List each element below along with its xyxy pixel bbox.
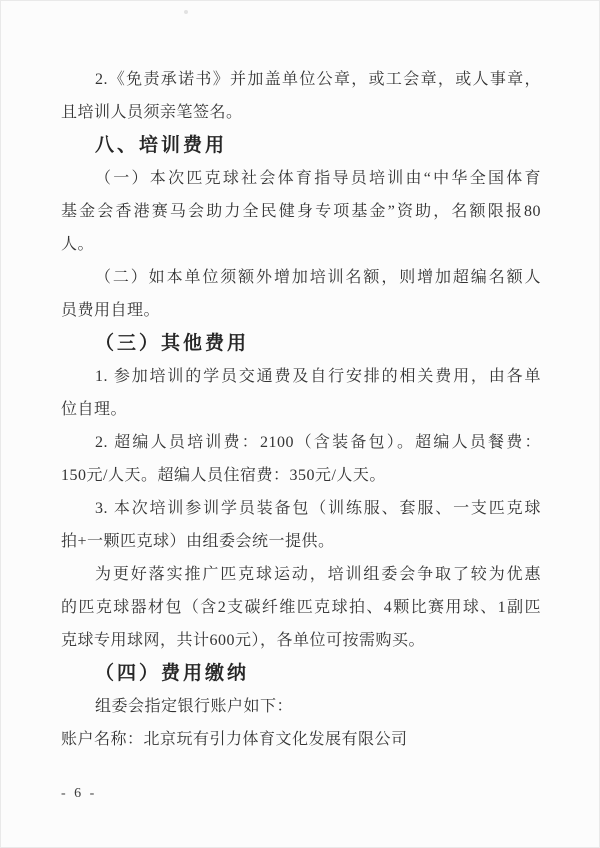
page-number: - 6 - [61, 784, 541, 804]
document-page: 2.《免责承诺书》并加盖单位公章，或工会章，或人事章， 且培训人员须亲笔签名。 … [0, 0, 600, 848]
text-line: 位自理。 [61, 393, 541, 426]
text-line: 人。 [61, 228, 541, 261]
section-heading-training-fees: 八、培训费用 [61, 129, 541, 162]
text-line: 1. 参加培训的学员交通费及自行安排的相关费用，由各单 [61, 360, 541, 393]
text-line: 员费用自理。 [61, 294, 541, 327]
section-heading-fee-payment: （四）费用缴纳 [61, 657, 541, 690]
text-line: 基金会香港赛马会助力全民健身专项基金”资助，名额限报80 [61, 195, 541, 228]
text-line: 账户名称：北京玩有引力体育文化发展有限公司 [61, 723, 541, 756]
text-line: 且培训人员须亲笔签名。 [61, 96, 541, 129]
text-line: 2.《免责承诺书》并加盖单位公章，或工会章，或人事章， [61, 63, 541, 96]
text-line: （一）本次匹克球社会体育指导员培训由“中华全国体育 [61, 162, 541, 195]
text-line: 3. 本次培训参训学员装备包（训练服、套服、一支匹克球 [61, 492, 541, 525]
text-line: （二）如本单位须额外增加培训名额，则增加超编名额人 [61, 261, 541, 294]
text-line: 的匹克球器材包（含2支碳纤维匹克球拍、4颗比赛用球、1副匹 [61, 591, 541, 624]
text-line: 2. 超编人员培训费：2100（含装备包）。超编人员餐费： [61, 426, 541, 459]
document-body: 2.《免责承诺书》并加盖单位公章，或工会章，或人事章， 且培训人员须亲笔签名。 … [61, 63, 541, 804]
text-line: 组委会指定银行账户如下： [61, 690, 541, 723]
text-line: 150元/人天。超编人员住宿费：350元/人天。 [61, 459, 541, 492]
text-line: 克球专用球网，共计600元），各单位可按需购买。 [61, 624, 541, 657]
section-heading-other-fees: （三）其他费用 [61, 327, 541, 360]
scan-artifact-speck [184, 10, 188, 14]
text-line: 为更好落实推广匹克球运动，培训组委会争取了较为优惠 [61, 558, 541, 591]
text-line: 拍+一颗匹克球）由组委会统一提供。 [61, 525, 541, 558]
